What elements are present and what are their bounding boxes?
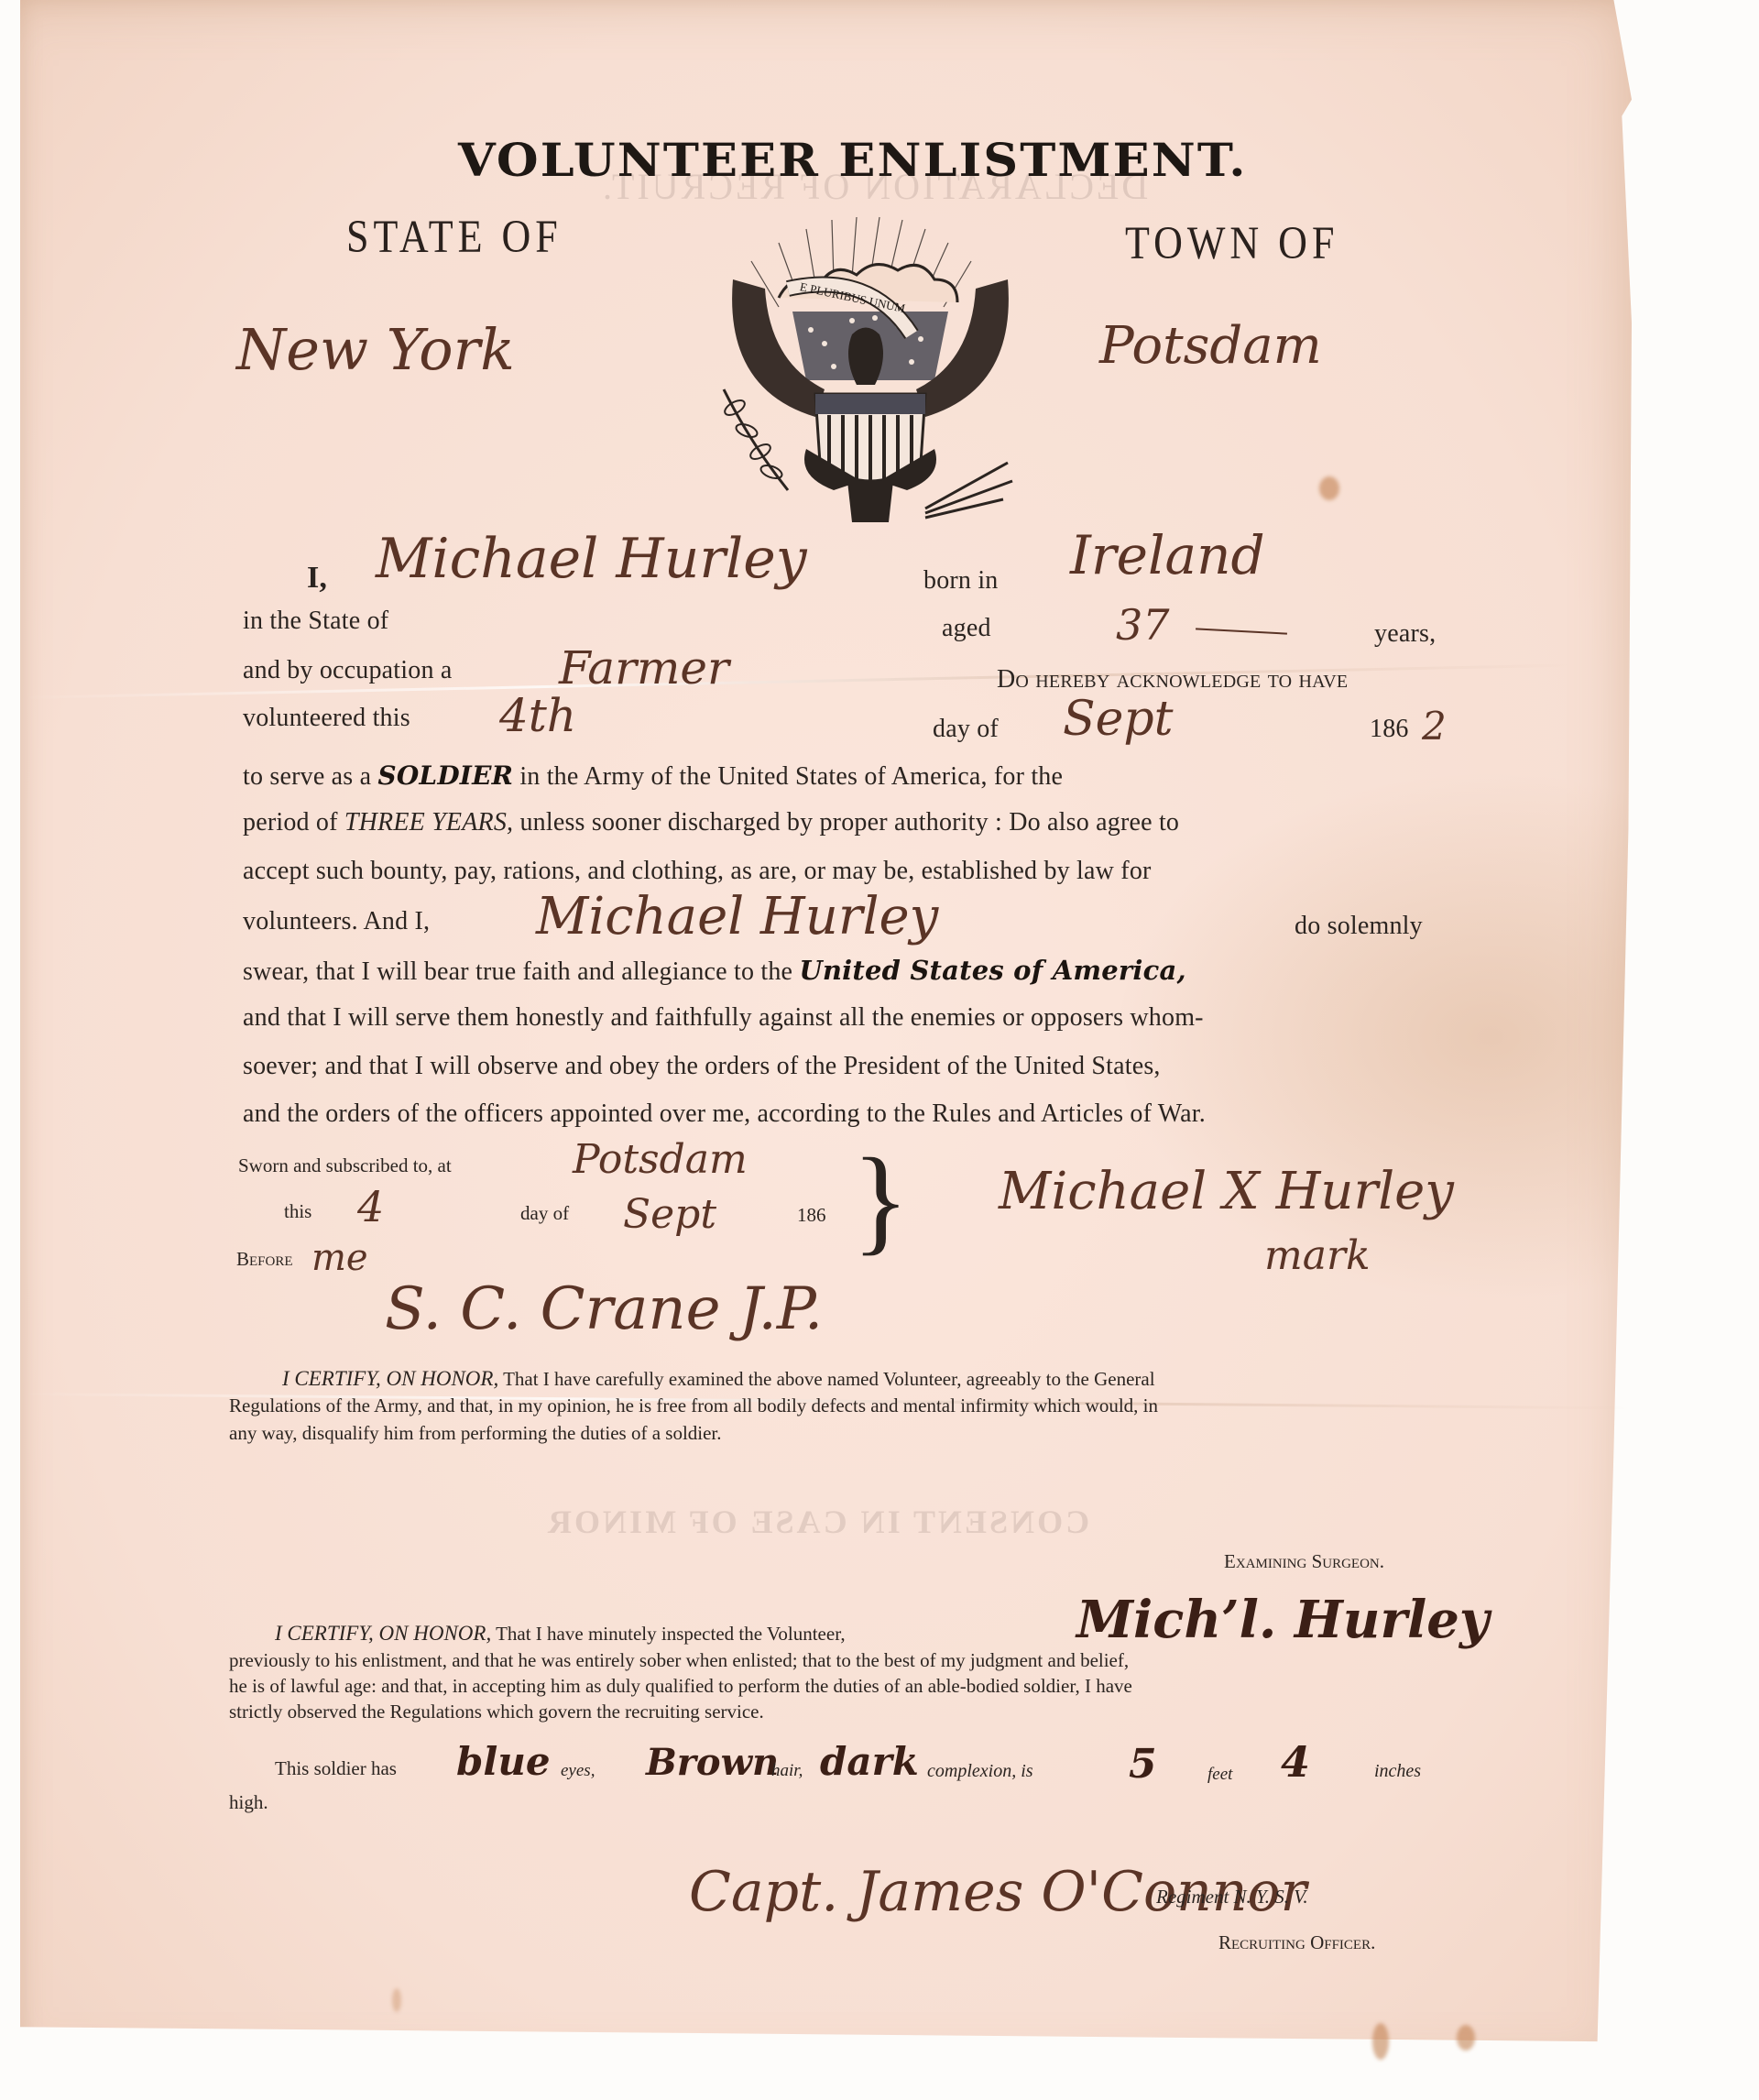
complexion-label: complexion, is xyxy=(927,1761,1033,1782)
state-value[interactable]: New York xyxy=(236,316,515,383)
surgeon-cert-line-2: Regulations of the Army, and that, in my… xyxy=(229,1395,1158,1417)
inches-label: inches xyxy=(1374,1761,1421,1782)
justice-signature[interactable]: S. C. Crane J.P. xyxy=(385,1275,823,1343)
oath-i-label: I, xyxy=(307,561,327,596)
town-value[interactable]: Potsdam xyxy=(1099,316,1322,376)
oath-line-6: and that I will serve them honestly and … xyxy=(243,1003,1204,1033)
complexion-field[interactable]: dark xyxy=(820,1739,919,1784)
oath-line-4-b: do solemnly xyxy=(1295,912,1423,941)
certify-lead: I CERTIFY, ON HONOR, xyxy=(282,1367,498,1390)
born-in-label: born in xyxy=(923,566,999,596)
officer-cert-line-3: he is of lawful age: and that, in accept… xyxy=(229,1675,1132,1698)
years-label: years, xyxy=(1374,619,1436,649)
sworn-year-prefix: 186 xyxy=(797,1204,826,1227)
eyes-field[interactable]: blue xyxy=(456,1739,551,1784)
three-years-emphasis: THREE YEARS, xyxy=(344,808,513,837)
certify-lead: I CERTIFY, ON HONOR, xyxy=(275,1622,491,1645)
volunteered-label: volunteered this xyxy=(243,704,410,733)
officer-cert-line-1: I CERTIFY, ON HONOR, That I have minutel… xyxy=(275,1622,846,1646)
officer-cert-line-4: strictly observed the Regulations which … xyxy=(229,1701,764,1723)
sworn-month-field[interactable]: Sept xyxy=(623,1191,716,1238)
hair-field[interactable]: Brown xyxy=(646,1741,779,1784)
town-label: TOWN OF xyxy=(1125,216,1338,270)
before-label: Before xyxy=(236,1248,293,1271)
sworn-day-of-label: day of xyxy=(520,1202,569,1225)
officer-cert-line-2: previously to his enlistment, and that h… xyxy=(229,1649,1129,1672)
oath-name-field[interactable]: Michael Hurley xyxy=(536,887,938,946)
eagle-crest-icon: E PLURIBUS UNUM xyxy=(715,206,1026,531)
high-label: high. xyxy=(229,1791,268,1814)
description-intro: This soldier has xyxy=(275,1757,397,1780)
officer-cert-signature[interactable]: Mich’l. Hurley xyxy=(1076,1590,1489,1650)
oath-line-7: soever; and that I will observe and obey… xyxy=(243,1052,1161,1081)
oath-line-2: period of THREE YEARS, unless sooner dis… xyxy=(243,808,1179,837)
bleed-through-heading: CONSENT IN CASE OF MINOR xyxy=(545,1503,1089,1541)
sworn-day-field[interactable]: 4 xyxy=(357,1182,384,1231)
eyes-label: eyes, xyxy=(561,1761,595,1781)
in-state-label: in the State of xyxy=(243,607,388,636)
stain xyxy=(1319,476,1339,500)
regiment-label: Regiment N. Y. S. V. xyxy=(1156,1886,1308,1909)
age-field[interactable]: 37 xyxy=(1116,600,1170,650)
born-in-field[interactable]: Ireland xyxy=(1070,524,1265,586)
sworn-label: Sworn and subscribed to, at xyxy=(238,1154,452,1177)
document-title: VOLUNTEER ENLISTMENT. xyxy=(458,133,1248,187)
day-of-label: day of xyxy=(933,715,999,744)
year-prefix: 186 xyxy=(1370,715,1409,744)
examining-surgeon-label: Examining Surgeon. xyxy=(1224,1550,1384,1573)
oath-line-5: swear, that I will bear true faith and a… xyxy=(243,955,1186,987)
enlist-month-field[interactable]: Sept xyxy=(1063,692,1174,747)
volunteer-name-field[interactable]: Michael Hurley xyxy=(376,527,807,591)
occupation-field[interactable]: Farmer xyxy=(559,641,729,695)
before-field[interactable]: me xyxy=(311,1237,368,1279)
hair-label: hair, xyxy=(771,1761,803,1781)
mark-label: mark xyxy=(1264,1232,1371,1279)
state-label: STATE OF xyxy=(346,210,563,264)
brace-divider: } xyxy=(852,1141,909,1260)
surgeon-cert-line-3: any way, disqualify him from performing … xyxy=(229,1422,722,1445)
usa-emphasis: United States of America, xyxy=(799,955,1185,986)
feet-field[interactable]: 5 xyxy=(1129,1741,1157,1788)
soldier-emphasis: SOLDIER xyxy=(377,760,513,791)
feet-label: feet xyxy=(1207,1765,1232,1785)
enlist-year-field[interactable]: 2 xyxy=(1422,704,1447,749)
stain xyxy=(1372,2023,1389,2060)
sworn-place-field[interactable]: Potsdam xyxy=(573,1136,748,1183)
occupation-label: and by occupation a xyxy=(243,656,453,685)
surgeon-cert-line-1: I CERTIFY, ON HONOR, That I have careful… xyxy=(282,1367,1155,1391)
recruiting-officer-label: Recruiting Officer. xyxy=(1218,1931,1375,1954)
sworn-this-label: this xyxy=(284,1200,311,1223)
oath-line-1: to serve as a SOLDIER in the Army of the… xyxy=(243,760,1063,792)
stain xyxy=(392,1988,401,2012)
oath-line-8: and the orders of the officers appointed… xyxy=(243,1099,1206,1129)
inches-field[interactable]: 4 xyxy=(1281,1737,1310,1787)
stain xyxy=(1457,2025,1475,2051)
acknowledge-text: Do hereby acknowledge to have xyxy=(997,665,1348,695)
oath-line-4-a: volunteers. And I, xyxy=(243,907,430,936)
volunteer-signature[interactable]: Michael X Hurley xyxy=(999,1162,1454,1221)
enlist-day-field[interactable]: 4th xyxy=(499,689,576,742)
oath-line-3: accept such bounty, pay, rations, and cl… xyxy=(243,857,1152,886)
aged-label: aged xyxy=(942,614,991,643)
